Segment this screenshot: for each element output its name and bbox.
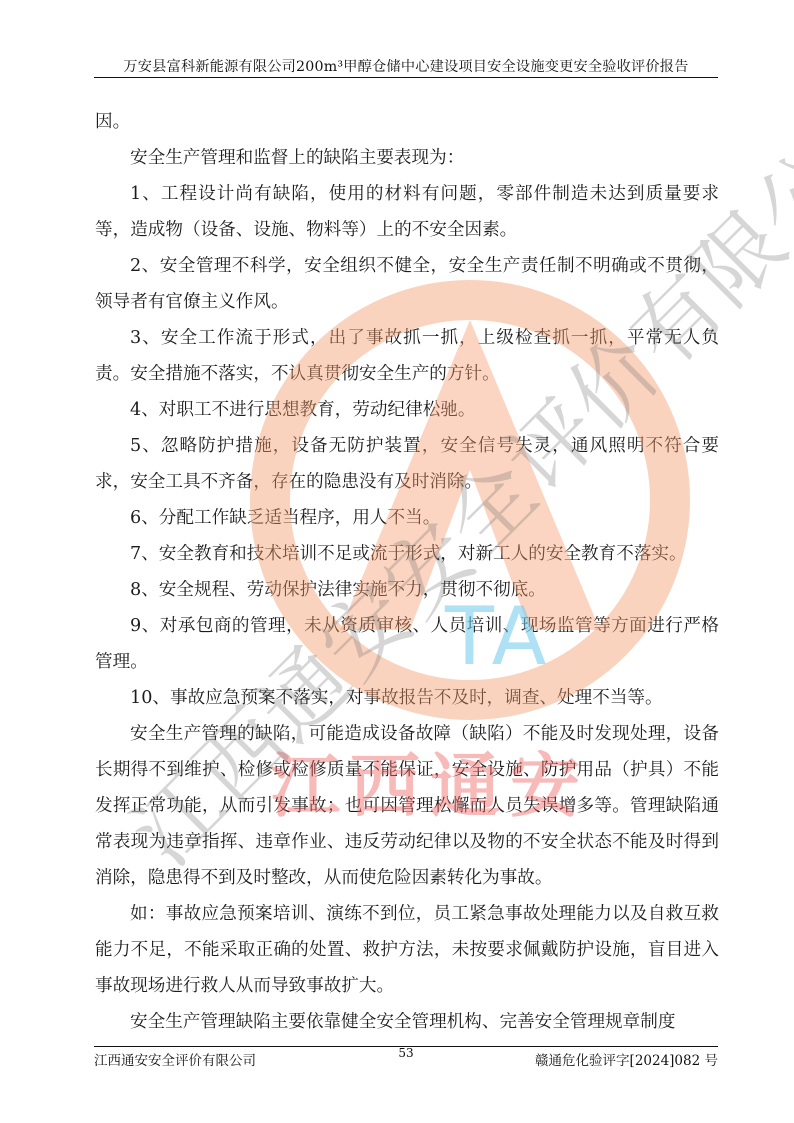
- document-body: 因。 安全生产管理和监督上的缺陷主要表现为： 1、工程设计尚有缺陷，使用的材料有…: [95, 104, 719, 1040]
- list-item: 6、分配工作缺乏适当程序，用人不当。: [95, 500, 719, 536]
- paragraph: 安全生产管理的缺陷，可能造成设备故障（缺陷）不能及时发现处理，设备长期得不到维护…: [95, 716, 719, 896]
- header-divider: [94, 77, 718, 78]
- paragraph: 安全生产管理缺陷主要依靠健全安全管理机构、完善安全管理规章制度: [95, 1004, 719, 1040]
- paragraph: 安全生产管理和监督上的缺陷主要表现为：: [95, 140, 719, 176]
- list-item: 9、对承包商的管理，未从资质审核、人员培训、现场监管等方面进行严格管理。: [95, 608, 719, 680]
- list-item: 5、忽略防护措施，设备无防护装置，安全信号失灵，通风照明不符合要求，安全工具不齐…: [95, 428, 719, 500]
- list-item: 8、安全规程、劳动保护法律实施不力，贯彻不彻底。: [95, 572, 719, 608]
- list-item: 3、安全工作流于形式，出了事故抓一抓，上级检查抓一抓，平常无人负责。安全措施不落…: [95, 320, 719, 392]
- list-item: 4、对职工不进行思想教育，劳动纪律松驰。: [95, 392, 719, 428]
- paragraph: 如：事故应急预案培训、演练不到位，员工紧急事故处理能力以及自救互救能力不足，不能…: [95, 896, 719, 1004]
- list-item: 1、工程设计尚有缺陷，使用的材料有问题，零部件制造未达到质量要求等，造成物（设备…: [95, 176, 719, 248]
- paragraph: 因。: [95, 104, 719, 140]
- report-code: 赣通危化验评字[2024]082 号: [535, 1049, 718, 1069]
- list-item: 7、安全教育和技术培训不足或流于形式，对新工人的安全教育不落实。: [95, 536, 719, 572]
- list-item: 10、事故应急预案不落实，对事故报告不及时，调查、处理不当等。: [95, 680, 719, 716]
- page-header-title: 万安县富科新能源有限公司200m³甲醇仓储中心建设项目安全设施变更安全验收评价报…: [94, 56, 718, 76]
- list-item: 2、安全管理不科学，安全组织不健全，安全生产责任制不明确或不贯彻，领导者有官僚主…: [95, 248, 719, 320]
